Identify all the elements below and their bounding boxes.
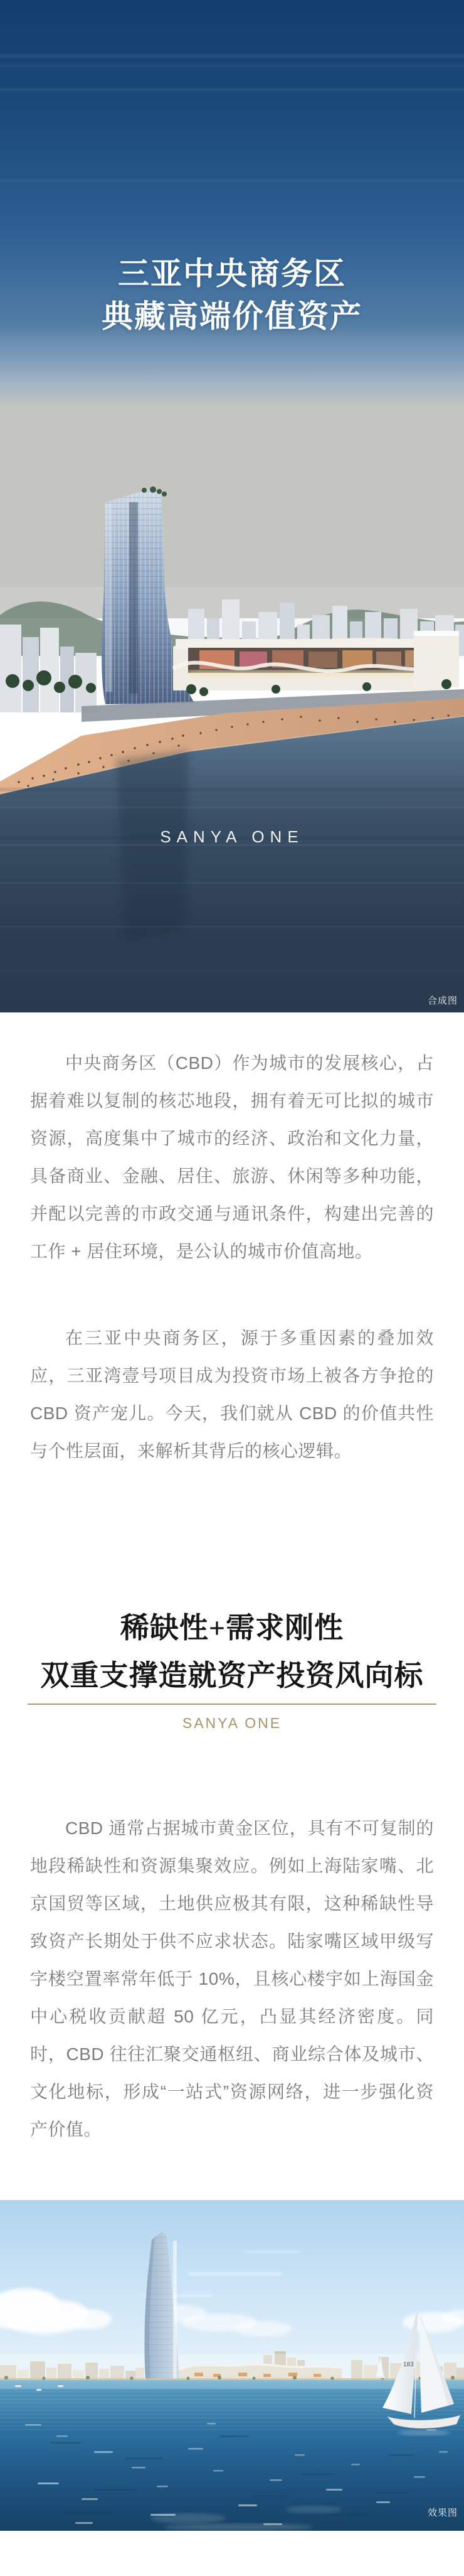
footer-image: 183 效果图	[0, 2200, 464, 2531]
section-heading: 稀缺性+需求刚性 双重支撑造就资产投资风向标	[0, 1604, 464, 1700]
paragraph-cbd-value: CBD 通常占据城市黄金区位，具有不可复制的地段稀缺性和资源集聚效应。例如上海陆…	[30, 1810, 434, 2149]
footer-mall	[179, 2364, 342, 2380]
hero-watermark-text: SANYA ONE	[0, 827, 464, 847]
section-subtitle: SANYA ONE	[0, 1715, 464, 1732]
gold-divider	[28, 1704, 436, 1705]
footer-render-scene: 183	[0, 2200, 464, 2531]
hero-title-line2: 典藏高端价值资产	[0, 295, 464, 338]
paragraph-cbd-intro: 中央商务区（CBD）作为城市的发展核心，占据着难以复制的核芯地段，拥有着无可比拟…	[30, 1044, 434, 1270]
paragraph-sanya-cbd: 在三亚中央商务区，源于多重因素的叠加效应，三亚湾壹号项目成为投资市场上被各方争抢…	[30, 1319, 434, 1470]
hero-mall-podium	[173, 631, 459, 690]
section-heading-line2: 双重支撑造就资产投资风向标	[0, 1652, 464, 1700]
article-page: 三亚中央商务区 典藏高端价值资产 SANYA ONE 合成图 中央商务区（CBD…	[0, 0, 464, 2576]
hero-image: 三亚中央商务区 典藏高端价值资产 SANYA ONE 合成图	[0, 0, 464, 1012]
hero-image-tag: 合成图	[428, 994, 458, 1007]
hero-title: 三亚中央商务区 典藏高端价值资产	[0, 252, 464, 338]
sail-number: 183	[403, 2361, 414, 2368]
section-heading-line1: 稀缺性+需求刚性	[0, 1604, 464, 1652]
hero-render-scene	[0, 0, 464, 1012]
hero-title-line1: 三亚中央商务区	[0, 252, 464, 295]
footer-image-tag: 效果图	[428, 2506, 458, 2519]
sailboat-reflection	[398, 2430, 450, 2435]
